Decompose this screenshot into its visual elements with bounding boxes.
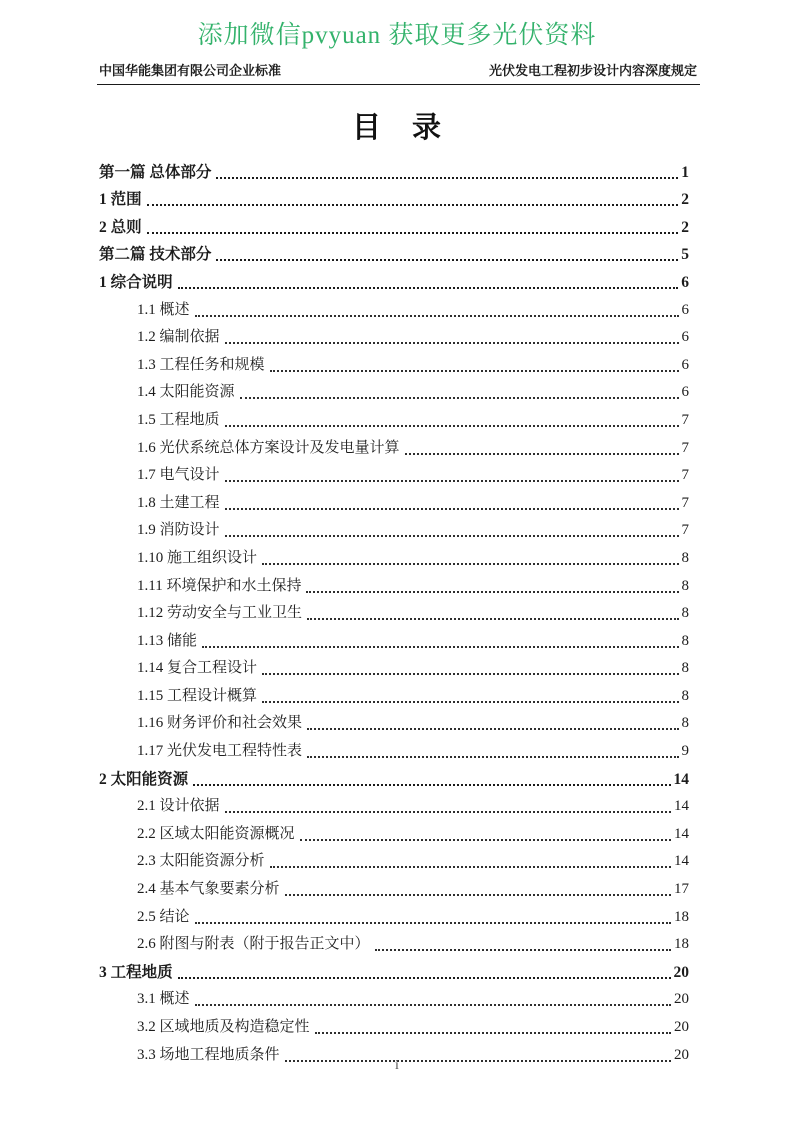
toc-entry-label: 1 范围 <box>99 189 142 210</box>
toc-dot-leader <box>202 646 678 648</box>
toc-dot-leader <box>307 756 678 758</box>
toc-dot-leader <box>315 1032 671 1034</box>
toc-page-number: 7 <box>682 438 690 459</box>
toc-entry-label: 1.15 工程设计概算 <box>137 686 257 707</box>
toc-dot-leader <box>262 563 678 565</box>
toc-entry-label: 1.6 光伏系统总体方案设计及发电量计算 <box>137 438 400 459</box>
toc-page-number: 7 <box>682 410 690 431</box>
toc-entry[interactable]: 1.10 施工组织设计 8 <box>99 541 689 569</box>
toc-entry[interactable]: 2.2 区域太阳能资源概况 14 <box>99 817 689 845</box>
toc-dot-leader <box>405 453 679 455</box>
toc-dot-leader <box>285 894 671 896</box>
toc-dot-leader <box>147 232 679 234</box>
toc-entry[interactable]: 1 范围 2 <box>99 183 689 211</box>
toc-entry[interactable]: 1.13 储能 8 <box>99 624 689 652</box>
toc-dot-leader <box>262 673 678 675</box>
toc-entry-label: 1.11 环境保护和水土保持 <box>137 576 301 597</box>
toc-entry-label: 1 综合说明 <box>99 272 173 293</box>
toc-title: 目 录 <box>0 105 794 146</box>
toc-page-number: 20 <box>674 1017 689 1038</box>
toc-page-number: 14 <box>674 796 689 817</box>
toc-entry[interactable]: 3 工程地质 20 <box>99 955 689 983</box>
toc-entry-label: 2.3 太阳能资源分析 <box>137 851 265 872</box>
toc-entry-label: 1.7 电气设计 <box>137 465 220 486</box>
toc-page-number: 14 <box>674 824 689 845</box>
toc-entry[interactable]: 1.1 概述 6 <box>99 293 689 321</box>
footer-page-number: i <box>395 1058 399 1073</box>
toc-dot-leader <box>240 397 679 399</box>
toc-page-number: 8 <box>682 548 690 569</box>
toc-dot-leader <box>193 784 670 786</box>
toc-page-number: 2 <box>681 217 689 238</box>
toc-page-number: 8 <box>682 576 690 597</box>
toc-dot-leader <box>195 922 671 924</box>
toc-page-number: 5 <box>681 244 689 265</box>
toc-dot-leader <box>225 342 679 344</box>
toc-dot-leader <box>300 839 671 841</box>
toc-page-number: 8 <box>682 713 690 734</box>
toc-page-number: 20 <box>674 989 689 1010</box>
toc-page-number: 7 <box>682 520 690 541</box>
toc-entry[interactable]: 1.15 工程设计概算 8 <box>99 679 689 707</box>
toc-entry-label: 3 工程地质 <box>99 962 173 983</box>
toc-entry[interactable]: 1.2 编制依据 6 <box>99 321 689 349</box>
toc-page-number: 8 <box>682 658 690 679</box>
toc-page-number: 18 <box>674 907 689 928</box>
toc-page-number: 9 <box>682 741 690 762</box>
toc-entry[interactable]: 1.7 电气设计 7 <box>99 459 689 487</box>
toc-dot-leader <box>270 370 679 372</box>
toc-entry[interactable]: 2.1 设计依据 14 <box>99 790 689 818</box>
toc-entry-label: 1.13 储能 <box>137 631 197 652</box>
toc-entry[interactable]: 1.14 复合工程设计 8 <box>99 652 689 680</box>
toc-page-number: 6 <box>682 382 690 403</box>
toc-entry-label: 2.6 附图与附表（附于报告正文中） <box>137 934 370 955</box>
toc-entry[interactable]: 第二篇 技术部分 5 <box>99 238 689 266</box>
toc-page-number: 20 <box>674 962 690 983</box>
toc-entry[interactable]: 2 总则 2 <box>99 210 689 238</box>
page-header: 中国华能集团有限公司企业标准 光伏发电工程初步设计内容深度规定 <box>99 60 697 79</box>
toc-dot-leader <box>262 701 678 703</box>
toc-entry-label: 2 总则 <box>99 217 142 238</box>
toc-entry[interactable]: 第一篇 总体部分 1 <box>99 155 689 183</box>
header-right-text: 光伏发电工程初步设计内容深度规定 <box>489 60 697 79</box>
toc-page-number: 14 <box>674 851 689 872</box>
toc-dot-leader <box>225 480 679 482</box>
toc-page-number: 8 <box>682 686 690 707</box>
toc-entry-label: 1.9 消防设计 <box>137 520 220 541</box>
toc-entry[interactable]: 1.9 消防设计 7 <box>99 514 689 542</box>
toc-page-number: 17 <box>674 879 689 900</box>
toc-dot-leader <box>216 259 678 261</box>
toc-entry[interactable]: 1.12 劳动安全与工业卫生 8 <box>99 597 689 625</box>
toc-dot-leader <box>375 949 671 951</box>
toc-page-number: 6 <box>682 355 690 376</box>
toc-entry-label: 第二篇 技术部分 <box>99 244 211 265</box>
toc-entry-label: 2.5 结论 <box>137 907 190 928</box>
footer: i <box>0 1058 794 1074</box>
toc-dot-leader <box>195 315 679 317</box>
toc-entry-label: 2.4 基本气象要素分析 <box>137 879 280 900</box>
toc-page-number: 6 <box>682 327 690 348</box>
toc-page-number: 6 <box>682 300 690 321</box>
toc-entry[interactable]: 3.2 区域地质及构造稳定性 20 <box>99 1010 689 1038</box>
toc-entry[interactable]: 1.4 太阳能资源 6 <box>99 376 689 404</box>
toc-page-number: 8 <box>682 603 690 624</box>
toc-entry-label: 1.1 概述 <box>137 300 190 321</box>
toc-entry-label: 1.16 财务评价和社会效果 <box>137 713 302 734</box>
toc-entry-label: 2.1 设计依据 <box>137 796 220 817</box>
toc-dot-leader <box>306 591 678 593</box>
toc-page-number: 8 <box>682 631 690 652</box>
toc-entry-label: 1.12 劳动安全与工业卫生 <box>137 603 302 624</box>
toc-entry[interactable]: 1 综合说明 6 <box>99 265 689 293</box>
toc-entry[interactable]: 2.3 太阳能资源分析 14 <box>99 845 689 873</box>
toc-dot-leader <box>216 177 678 179</box>
toc-entry-label: 1.10 施工组织设计 <box>137 548 257 569</box>
toc-entry-label: 2.2 区域太阳能资源概况 <box>137 824 295 845</box>
toc-page-number: 1 <box>681 162 689 183</box>
toc-dot-leader <box>178 287 679 289</box>
document-page: 添加微信pvyuan 获取更多光伏资料 中国华能集团有限公司企业标准 光伏发电工… <box>0 0 794 1123</box>
toc-dot-leader <box>307 728 678 730</box>
toc-entry-label: 1.8 土建工程 <box>137 493 220 514</box>
header-left-text: 中国华能集团有限公司企业标准 <box>99 60 281 79</box>
toc-entry-label: 3.1 概述 <box>137 989 190 1010</box>
toc-entry[interactable]: 1.3 工程任务和规模 6 <box>99 348 689 376</box>
toc-entry-label: 1.3 工程任务和规模 <box>137 355 265 376</box>
toc-entry-label: 1.17 光伏发电工程特性表 <box>137 741 302 762</box>
toc-entry[interactable]: 2.4 基本气象要素分析 17 <box>99 872 689 900</box>
toc-entry[interactable]: 1.6 光伏系统总体方案设计及发电量计算 7 <box>99 431 689 459</box>
toc-page-number: 2 <box>681 189 689 210</box>
toc-entry[interactable]: 1.11 环境保护和水土保持 8 <box>99 569 689 597</box>
toc-entry[interactable]: 2.6 附图与附表（附于报告正文中） 18 <box>99 928 689 956</box>
toc-entry-label: 1.2 编制依据 <box>137 327 220 348</box>
header-divider <box>97 84 700 85</box>
toc-dot-leader <box>225 811 671 813</box>
toc-entry[interactable]: 1.17 光伏发电工程特性表 9 <box>99 734 689 762</box>
toc-entry[interactable]: 1.8 土建工程 7 <box>99 486 689 514</box>
toc-entry-label: 1.5 工程地质 <box>137 410 220 431</box>
toc-dot-leader <box>225 508 679 510</box>
toc-entry-label: 2 太阳能资源 <box>99 769 188 790</box>
toc-dot-leader <box>178 977 671 979</box>
toc-list: 第一篇 总体部分 1 1 范围 2 2 总则 2 第二篇 技术部分 5 1 综合… <box>99 155 689 1066</box>
toc-dot-leader <box>225 425 679 427</box>
toc-dot-leader <box>147 204 679 206</box>
toc-entry-label: 3.2 区域地质及构造稳定性 <box>137 1017 310 1038</box>
toc-entry-label: 1.14 复合工程设计 <box>137 658 257 679</box>
toc-dot-leader <box>270 866 671 868</box>
toc-entry-label: 第一篇 总体部分 <box>99 162 211 183</box>
toc-dot-leader <box>195 1004 671 1006</box>
toc-page-number: 7 <box>682 465 690 486</box>
toc-page-number: 7 <box>682 493 690 514</box>
toc-entry-label: 1.4 太阳能资源 <box>137 382 235 403</box>
toc-page-number: 6 <box>681 272 689 293</box>
toc-entry[interactable]: 1.5 工程地质 7 <box>99 403 689 431</box>
toc-page-number: 14 <box>674 769 690 790</box>
toc-entry[interactable]: 1.16 财务评价和社会效果 8 <box>99 707 689 735</box>
promo-banner-text: 添加微信pvyuan 获取更多光伏资料 <box>0 0 794 51</box>
toc-dot-leader <box>225 535 679 537</box>
toc-dot-leader <box>307 618 678 620</box>
toc-entry[interactable]: 3.1 概述 20 <box>99 983 689 1011</box>
toc-entry[interactable]: 2 太阳能资源 14 <box>99 762 689 790</box>
toc-page-number: 18 <box>674 934 689 955</box>
toc-entry[interactable]: 2.5 结论 18 <box>99 900 689 928</box>
